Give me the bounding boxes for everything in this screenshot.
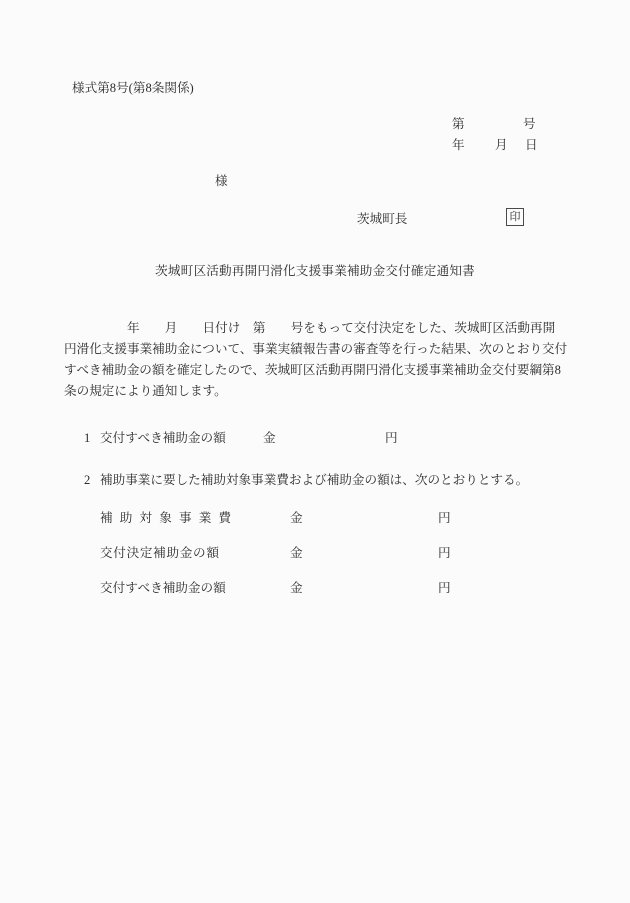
item1-label: 交付すべき補助金の額 bbox=[100, 430, 226, 446]
item1-currency-suffix: 円 bbox=[385, 430, 398, 446]
date-day-label: 日 bbox=[525, 137, 538, 153]
body-paragraph-line: 年 月 日付け 第 号をもって交付決定をした、茨城町区活動再開 bbox=[64, 320, 584, 336]
form-number: 様式第8号(第8条関係) bbox=[72, 80, 194, 96]
body-paragraph-line: 円滑化支援事業補助金について、事業実績報告書の審査等を行った結果、次のとおり交付 bbox=[64, 341, 584, 357]
sender-name: 茨城町長 bbox=[357, 211, 407, 227]
amount-row-label: 交付すべき補助金の額 bbox=[100, 580, 226, 596]
item1-currency-prefix: 金 bbox=[263, 430, 276, 446]
body-paragraph-line: すべき補助金の額を確定したので、茨城町区活動再開円滑化支援事業補助金交付要綱第8 bbox=[64, 362, 584, 378]
seal-placeholder: 印 bbox=[506, 208, 524, 226]
amount-row-label: 交付決定補助金の額 bbox=[100, 545, 220, 561]
amount-row-currency-suffix: 円 bbox=[438, 545, 451, 561]
amount-row-currency-suffix: 円 bbox=[438, 510, 451, 526]
body-paragraph-line: 条の規定により通知します。 bbox=[64, 383, 584, 399]
addressee-honorific: 様 bbox=[215, 173, 228, 189]
amount-row-label: 補 助 対 象 事 業 費 bbox=[100, 510, 231, 526]
item2-text: 補助事業に要した補助対象事業費および補助金の額は、次のとおりとする。 bbox=[100, 472, 528, 488]
date-year-label: 年 bbox=[452, 137, 465, 153]
date-month-label: 月 bbox=[495, 137, 508, 153]
doc-number-suffix: 号 bbox=[523, 116, 536, 132]
item2-number: 2 bbox=[84, 472, 90, 488]
doc-number-prefix: 第 bbox=[452, 116, 465, 132]
amount-row-currency-prefix: 金 bbox=[290, 580, 303, 596]
amount-row-currency-suffix: 円 bbox=[438, 580, 451, 596]
amount-row-currency-prefix: 金 bbox=[290, 545, 303, 561]
item1-number: 1 bbox=[84, 430, 90, 446]
amount-row-currency-prefix: 金 bbox=[290, 510, 303, 526]
document-title: 茨城町区活動再開円滑化支援事業補助金交付確定通知書 bbox=[0, 263, 630, 279]
document-page: 様式第8号(第8条関係) 第 号 年 月 日 様 茨城町長 印 茨城町区活動再開… bbox=[0, 0, 630, 903]
